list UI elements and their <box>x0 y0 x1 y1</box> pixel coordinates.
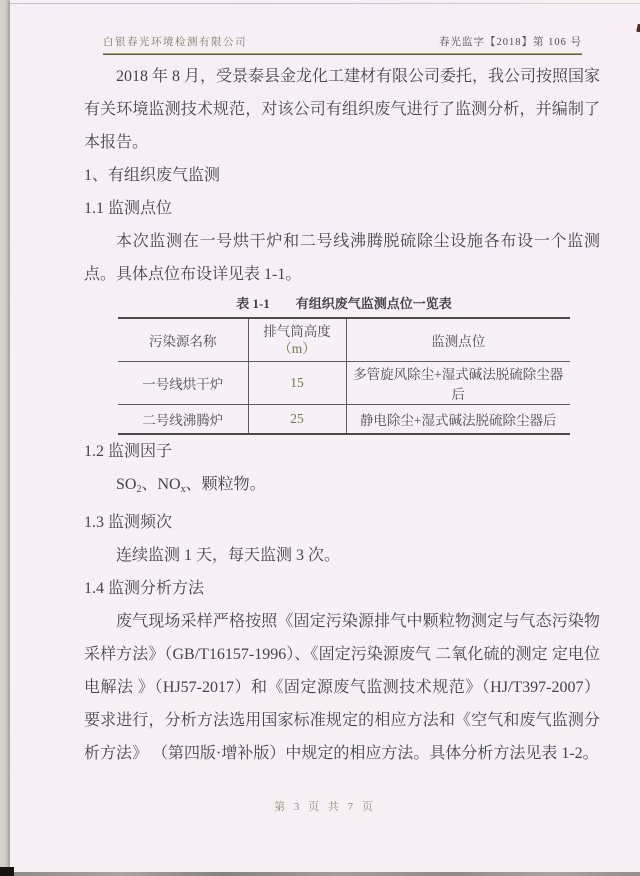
stack-height-label: 排气筒高度 <box>251 323 344 340</box>
section-1-4-paragraph: 废气现场采样严格按照《固定污染源排气中颗粒物测定与气态污染物采样方法》（GB/T… <box>84 605 600 770</box>
factor-particulates: 颗粒物。 <box>202 476 266 493</box>
stack-height-unit: （m） <box>251 340 344 357</box>
page-number: 第 3 页 共 7 页 <box>274 801 376 813</box>
monitoring-factors-line: SO2、NOx、颗粒物。 <box>84 468 600 506</box>
header-rule-line <box>103 53 582 55</box>
monitoring-points-table: 污染源名称 排气筒高度 （m） 监测点位 一号线烘干炉 15 多管旋风除尘+湿式… <box>118 317 570 435</box>
scanned-report-page: { "scan": { "header": { "company": "白银春光… <box>0 0 640 876</box>
page-footer: 第 3 页 共 7 页 <box>10 798 640 814</box>
cell-height-2: 25 <box>248 405 346 435</box>
cell-source-2: 二号线沸腾炉 <box>118 405 248 435</box>
cell-source-1: 一号线烘干炉 <box>118 362 248 405</box>
scan-corner-mark <box>0 867 14 876</box>
monitoring-table-block: 表 1-1有组织废气监测点位一览表 污染源名称 排气筒高度 （m） 监测点位 <box>118 293 570 435</box>
page-header: 白银春光环境检测有限公司 春光监字【2018】第 106 号 <box>103 36 582 50</box>
table-caption-label: 表 1-1 <box>236 296 270 311</box>
cell-point-2: 静电除尘+湿式碱法脱硫除尘器后 <box>346 405 570 435</box>
scan-bottom-edge <box>8 872 640 876</box>
column-header-monitoring-point: 监测点位 <box>346 318 570 362</box>
column-header-pollution-source: 污染源名称 <box>118 318 248 362</box>
table-row: 二号线沸腾炉 25 静电除尘+湿式碱法脱硫除尘器后 <box>118 405 570 435</box>
cell-point-1: 多管旋风除尘+湿式碱法脱硫除尘器后 <box>346 362 570 405</box>
section-1-3-paragraph: 连续监测 1 天，每天监测 3 次。 <box>84 539 600 572</box>
section-1-4-title: 1.4 监测分析方法 <box>84 572 600 605</box>
section-1-3-title: 1.3 监测频次 <box>84 506 600 539</box>
table-caption: 表 1-1有组织废气监测点位一览表 <box>118 293 570 315</box>
section-1-title: 1、有组织废气监测 <box>84 159 600 192</box>
section-1-1-paragraph: 本次监测在一号烘干炉和二号线沸腾脱硫除尘设施各布设一个监测点。具体点位布设详见表… <box>84 225 600 291</box>
report-body: 2018 年 8 月，受景泰县金龙化工建材有限公司委托，我公司按照国家有关环境监… <box>84 60 600 770</box>
company-name: 白银春光环境检测有限公司 <box>103 36 247 50</box>
paper-sheet: 白银春光环境检测有限公司 春光监字【2018】第 106 号 2018 年 8 … <box>10 0 640 876</box>
factor-separator: 、 <box>141 476 157 493</box>
table-row: 一号线烘干炉 15 多管旋风除尘+湿式碱法脱硫除尘器后 <box>118 362 570 405</box>
factor-separator: 、 <box>186 476 202 493</box>
column-header-stack-height: 排气筒高度 （m） <box>248 318 346 362</box>
factor-no: NO <box>157 476 180 493</box>
table-header-row: 污染源名称 排气筒高度 （m） 监测点位 <box>118 318 570 362</box>
cell-height-1: 15 <box>248 362 346 405</box>
section-1-1-title: 1.1 监测点位 <box>84 192 600 225</box>
table-caption-title: 有组织废气监测点位一览表 <box>296 296 452 311</box>
intro-paragraph: 2018 年 8 月，受景泰县金龙化工建材有限公司委托，我公司按照国家有关环境监… <box>84 60 600 159</box>
section-1-2-title: 1.2 监测因子 <box>84 435 600 468</box>
factor-so: SO <box>116 476 136 493</box>
scan-speck <box>636 24 640 33</box>
document-number: 春光监字【2018】第 106 号 <box>439 36 582 50</box>
